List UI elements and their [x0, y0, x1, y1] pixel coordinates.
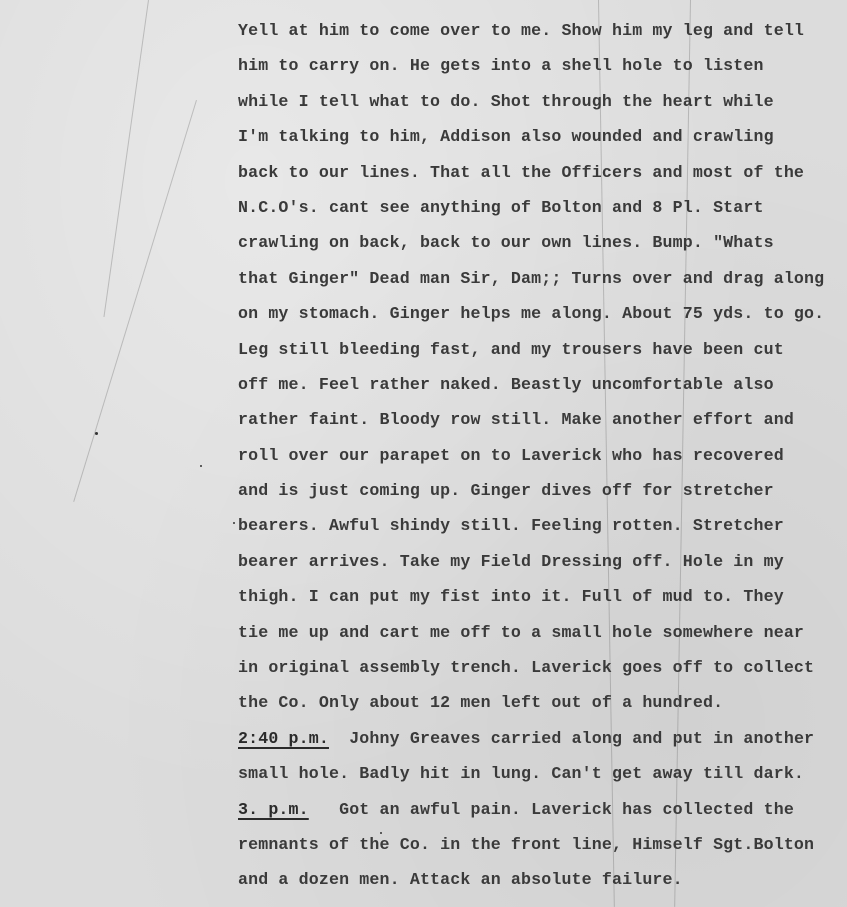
ink-speck	[233, 522, 235, 524]
timed-entry-line: 2:40 p.m. Johny Greaves carried along an…	[238, 726, 847, 761]
text-line: thigh. I can put my fist into it. Full o…	[238, 584, 847, 619]
text-line: Yell at him to come over to me. Show him…	[238, 18, 847, 53]
text-line: roll over our parapet on to Laverick who…	[238, 443, 847, 478]
text-line: in original assembly trench. Laverick go…	[238, 655, 847, 690]
text-line: remnants of the Co. in the front line, H…	[238, 832, 847, 867]
time-label: 2:40 p.m.	[238, 729, 329, 748]
text-line: on my stomach. Ginger helps me along. Ab…	[238, 301, 847, 336]
text-line: back to our lines. That all the Officers…	[238, 160, 847, 195]
text-line: off me. Feel rather naked. Beastly uncom…	[238, 372, 847, 407]
text-line: that Ginger" Dead man Sir, Dam;; Turns o…	[238, 266, 847, 301]
ink-speck	[200, 465, 202, 467]
text-line: the Co. Only about 12 men left out of a …	[238, 690, 847, 725]
text-line: Leg still bleeding fast, and my trousers…	[238, 337, 847, 372]
text-line: him to carry on. He gets into a shell ho…	[238, 53, 847, 88]
text-line: and is just coming up. Ginger dives off …	[238, 478, 847, 513]
paper-crease	[73, 100, 197, 502]
text-line: bearer arrives. Take my Field Dressing o…	[238, 549, 847, 584]
timed-entry-line: 3. p.m. Got an awful pain. Laverick has …	[238, 797, 847, 832]
text-line: small hole. Badly hit in lung. Can't get…	[238, 761, 847, 796]
ink-speck	[95, 432, 98, 435]
text-line: bearers. Awful shindy still. Feeling rot…	[238, 513, 847, 548]
paper-crease	[103, 0, 149, 317]
text-line: tie me up and cart me off to a small hol…	[238, 620, 847, 655]
typewritten-text: Yell at him to come over to me. Show him…	[238, 18, 847, 903]
text-line: while I tell what to do. Shot through th…	[238, 89, 847, 124]
entry-text: Got an awful pain. Laverick has collecte…	[309, 800, 794, 819]
document-page: Yell at him to come over to me. Show him…	[0, 0, 847, 907]
entry-text: Johny Greaves carried along and put in a…	[329, 729, 814, 748]
text-line: rather faint. Bloody row still. Make ano…	[238, 407, 847, 442]
text-line: N.C.O's. cant see anything of Bolton and…	[238, 195, 847, 230]
time-label: 3. p.m.	[238, 800, 309, 819]
text-line: and a dozen men. Attack an absolute fail…	[238, 867, 847, 902]
text-line: I'm talking to him, Addison also wounded…	[238, 124, 847, 159]
text-line: crawling on back, back to our own lines.…	[238, 230, 847, 265]
